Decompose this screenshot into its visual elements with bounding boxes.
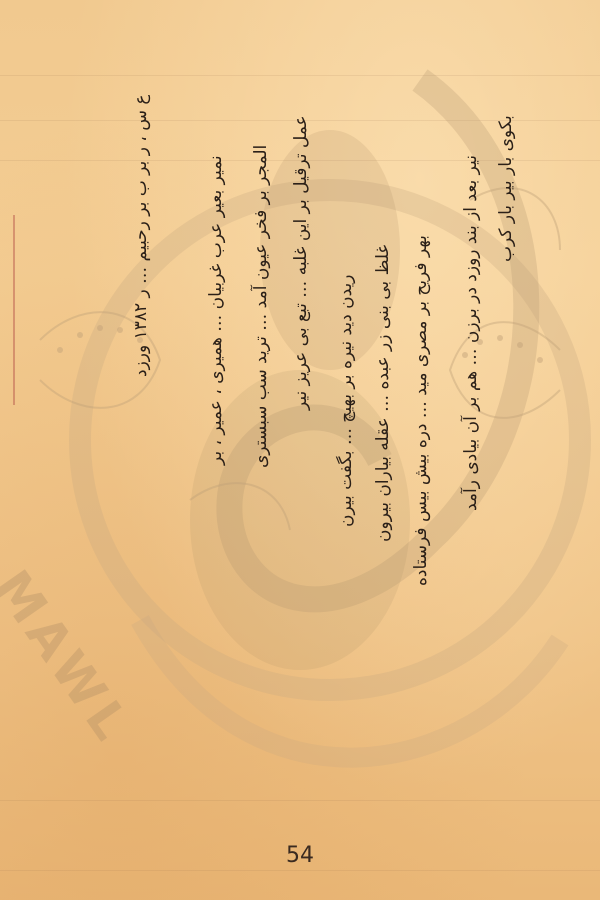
script-column: عمل ترقیل بر این غلبه … تبع بی عریز نیر — [290, 115, 312, 795]
script-column: ریدن دید نیره بر بهیچ … بگفت بیرن — [335, 275, 357, 795]
script-column: بهر فریح بر مصری مید … دره بیش بیس فرستا… — [410, 235, 432, 755]
handwritten-text-block: بکوی بار بیر بار کرب نیر بعد از بند روزد… — [110, 95, 510, 795]
script-column: غلظ بی بنی زر عبده … عقله بیاران بیرون — [372, 245, 394, 785]
script-column: بکوی بار بیر بار کرب — [495, 115, 517, 375]
page-number: 54 — [0, 843, 600, 868]
script-column: ع س ، ر بر ب بر رحبیم … ر ۱۳۸۲ ورزد — [130, 95, 152, 785]
manuscript-page: MAWL بکوی بار بیر بار کرب نیر بعد از بند… — [0, 0, 600, 900]
script-column: نمیر بعیر عرب غربیان … همیری ، عمیر ، بر — [205, 155, 227, 775]
script-column: نیر بعد از بند روزد در برزن … هم بر آن ب… — [460, 155, 482, 715]
script-column: المجر بر فخر عیون آمد … ترید سب سبستری — [250, 145, 272, 785]
